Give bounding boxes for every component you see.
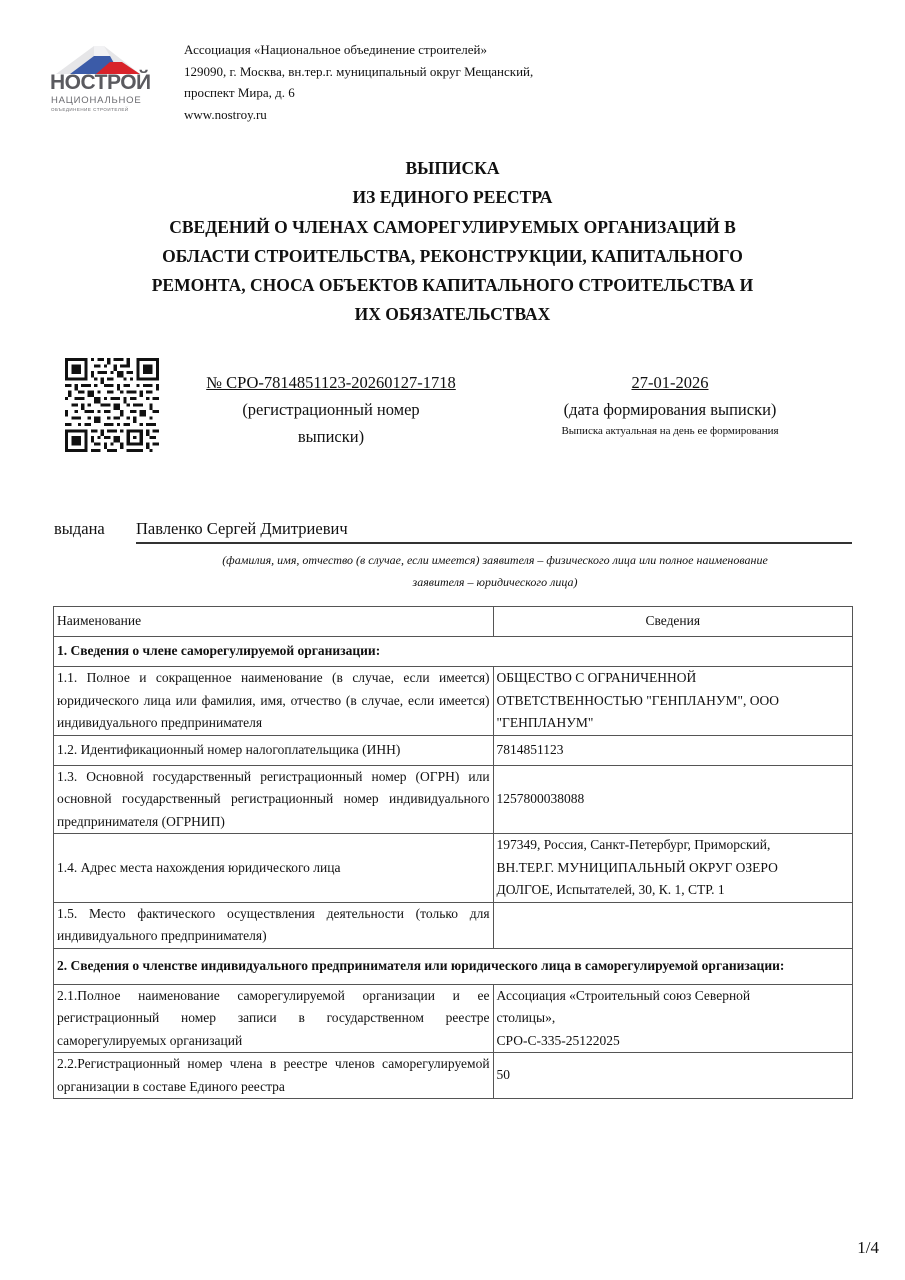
formation-date-label: (дата формирования выписки) <box>520 396 820 423</box>
formation-date-block: 27-01-2026 (дата формирования выписки) В… <box>520 369 820 439</box>
actuality-note: Выписка актуальная на день ее формирован… <box>520 423 820 439</box>
title-line: ИХ ОБЯЗАТЕЛЬСТВАХ <box>0 300 905 329</box>
row-name: 2.2.Регистрационный номер члена в реестр… <box>54 1053 494 1099</box>
issued-hint-line: (фамилия, имя, отчество (в случае, если … <box>150 549 840 571</box>
page-number: 1/4 <box>857 1238 879 1258</box>
value-line: ОТВЕТСТВЕННОСТЬЮ "ГЕНПЛАНУМ", ООО <box>497 690 849 713</box>
title-line: ВЫПИСКА <box>0 154 905 183</box>
title-line: СВЕДЕНИЙ О ЧЛЕНАХ САМОРЕГУЛИРУЕМЫХ ОРГАН… <box>0 213 905 242</box>
nostroy-logo: НОСТРОЙ НАЦИОНАЛЬНОЕ ОБЪЕДИНЕНИЕ СТРОИТЕ… <box>48 44 148 114</box>
table-header-row: Наименование Сведения <box>54 607 853 637</box>
registration-block: № СРО-7814851123-20260127-1718 (регистра… <box>176 369 486 450</box>
row-value: 1257800038088 <box>493 765 852 834</box>
table-row: 1.1. Полное и сокращенное наименование (… <box>54 667 853 736</box>
table-row: 2.2.Регистрационный номер члена в реестр… <box>54 1053 853 1099</box>
row-value: ОБЩЕСТВО С ОГРАНИЧЕННОЙ ОТВЕТСТВЕННОСТЬЮ… <box>493 667 852 736</box>
issued-underline <box>136 542 852 544</box>
value-line: СРО-С-335-25122025 <box>497 1030 849 1053</box>
row-value: 7814851123 <box>493 735 852 765</box>
logo-subtitle-small: ОБЪЕДИНЕНИЕ СТРОИТЕЛЕЙ <box>51 107 129 112</box>
column-header-info: Сведения <box>493 607 852 637</box>
value-line: Ассоциация «Строительный союз Северной <box>497 985 849 1008</box>
column-header-name: Наименование <box>54 607 494 637</box>
title-line: ИЗ ЕДИНОГО РЕЕСТРА <box>0 183 905 212</box>
registration-label: выписки) <box>176 423 486 450</box>
registration-number: № СРО-7814851123-20260127-1718 <box>176 369 486 396</box>
section-row: 2. Сведения о членстве индивидуального п… <box>54 948 853 984</box>
registration-label: (регистрационный номер <box>176 396 486 423</box>
row-value: Ассоциация «Строительный союз Северной с… <box>493 984 852 1053</box>
registry-table: Наименование Сведения 1. Сведения о член… <box>53 606 853 1099</box>
value-line: "ГЕНПЛАНУМ" <box>497 712 849 735</box>
org-name: Ассоциация «Национальное объединение стр… <box>184 39 533 61</box>
row-name: 1.2. Идентификационный номер налогоплате… <box>54 735 494 765</box>
value-line: 197349, Россия, Санкт-Петербург, Приморс… <box>497 834 849 857</box>
table-row: 1.3. Основной государственный регистраци… <box>54 765 853 834</box>
value-line: ВН.ТЕР.Г. МУНИЦИПАЛЬНЫЙ ОКРУГ ОЗЕРО <box>497 857 849 880</box>
logo-brand-text: НОСТРОЙ <box>50 71 151 95</box>
table-row: 1.4. Адрес места нахождения юридического… <box>54 834 853 903</box>
row-name: 1.4. Адрес места нахождения юридического… <box>54 834 494 903</box>
title-line: ОБЛАСТИ СТРОИТЕЛЬСТВА, РЕКОНСТРУКЦИИ, КА… <box>0 242 905 271</box>
row-value: 197349, Россия, Санкт-Петербург, Приморс… <box>493 834 852 903</box>
qr-code-icon <box>65 358 159 452</box>
table-row: 2.1.Полное наименование саморегулируемой… <box>54 984 853 1053</box>
issued-label: выдана <box>54 519 105 539</box>
row-name: 1.1. Полное и сокращенное наименование (… <box>54 667 494 736</box>
document-title: ВЫПИСКА ИЗ ЕДИНОГО РЕЕСТРА СВЕДЕНИЙ О ЧЛ… <box>0 154 905 330</box>
row-name: 2.1.Полное наименование саморегулируемой… <box>54 984 494 1053</box>
section-title: 1. Сведения о члене саморегулируемой орг… <box>54 637 853 667</box>
roof-logo-icon <box>48 44 148 74</box>
org-website: www.nostroy.ru <box>184 104 533 126</box>
organization-info: Ассоциация «Национальное объединение стр… <box>184 39 533 125</box>
logo-subtitle: НАЦИОНАЛЬНОЕ <box>51 95 142 106</box>
title-line: РЕМОНТА, СНОСА ОБЪЕКТОВ КАПИТАЛЬНОГО СТР… <box>0 271 905 300</box>
value-line: ДОЛГОЕ, Испытателей, 30, К. 1, СТР. 1 <box>497 879 849 902</box>
formation-date: 27-01-2026 <box>520 369 820 396</box>
table-row: 1.5. Место фактического осуществления де… <box>54 902 853 948</box>
row-name: 1.3. Основной государственный регистраци… <box>54 765 494 834</box>
row-name: 1.5. Место фактического осуществления де… <box>54 902 494 948</box>
issued-to-name: Павленко Сергей Дмитриевич <box>136 519 348 539</box>
section-row: 1. Сведения о члене саморегулируемой орг… <box>54 637 853 667</box>
issued-hint: (фамилия, имя, отчество (в случае, если … <box>150 549 840 593</box>
row-value <box>493 902 852 948</box>
row-value: 50 <box>493 1053 852 1099</box>
org-address-line1: 129090, г. Москва, вн.тер.г. муниципальн… <box>184 61 533 83</box>
section-title: 2. Сведения о членстве индивидуального п… <box>54 948 853 984</box>
issued-hint-line: заявителя – юридического лица) <box>150 571 840 593</box>
table-row: 1.2. Идентификационный номер налогоплате… <box>54 735 853 765</box>
org-address-line2: проспект Мира, д. 6 <box>184 82 533 104</box>
value-line: столицы», <box>497 1007 849 1030</box>
value-line: ОБЩЕСТВО С ОГРАНИЧЕННОЙ <box>497 667 849 690</box>
